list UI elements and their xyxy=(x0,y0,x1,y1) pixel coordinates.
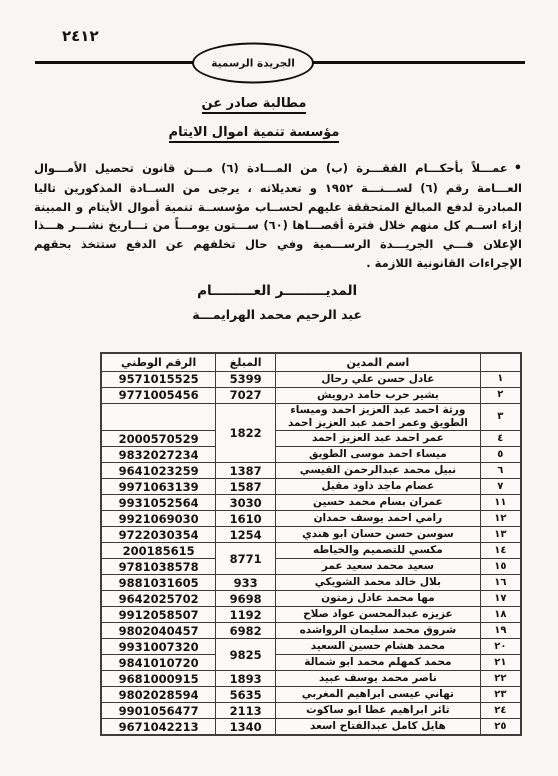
debtor-name-cell: ناصر محمد يوسف عبيد xyxy=(276,671,481,687)
amount-cell: 6982 xyxy=(216,623,276,639)
table-row: ٤عمر احمد عبد العزيز احمد2000570529 xyxy=(101,431,521,447)
row-index-cell: ٢٣ xyxy=(480,687,521,703)
amount-cell: 1254 xyxy=(216,527,276,543)
table-row: ١٦بلال خالد محمد الشويكي9339881031605 xyxy=(101,575,521,591)
notice-body-paragraph: •عمـــلاً بأحكـــام الفقـــرة (ب) من الم… xyxy=(34,158,522,272)
national-id-cell: 9722030354 xyxy=(101,527,216,543)
row-index-cell: ١٧ xyxy=(480,591,521,607)
amount-cell: 5635 xyxy=(216,687,276,703)
notice-title: مطالبة صادر عن xyxy=(202,96,307,114)
row-index-cell: ١١ xyxy=(480,495,521,511)
amount-cell: 3030 xyxy=(216,495,276,511)
amount-cell: 1587 xyxy=(216,479,276,495)
header-debtor-name: اسم المدين xyxy=(276,353,481,372)
row-index-cell: ٦ xyxy=(480,463,521,479)
table-row: ١١عمران بسام محمد حسين30309931052564 xyxy=(101,495,521,511)
national-id-cell: 9641023259 xyxy=(101,463,216,479)
national-id-cell: 9931052564 xyxy=(101,495,216,511)
debtor-name-cell: نبيل محمد عبدالرحمن القيسي xyxy=(276,463,481,479)
debtor-name-cell: محمد كمهلم محمد ابو شمالة xyxy=(276,655,481,671)
signature-block: المديـــــــــر العـــــــــام عبد الرحي… xyxy=(192,283,362,322)
banner-oval: الجريدة الرسمية xyxy=(192,43,314,84)
debtor-name-cell: عادل حسن علي رحال xyxy=(276,372,481,388)
national-id-cell: 9802040457 xyxy=(101,623,216,639)
notice-body-text: عمـــلاً بأحكـــام الفقـــرة (ب) من المـ… xyxy=(34,161,522,270)
gazette-banner: الجريدة الرسمية xyxy=(35,44,525,82)
row-index-cell: ٢٠ xyxy=(480,639,521,655)
table-row: ٦نبيل محمد عبدالرحمن القيسي1387964102325… xyxy=(101,463,521,479)
national-id-cell: 9912058507 xyxy=(101,607,216,623)
national-id-cell: 9832027234 xyxy=(101,447,216,463)
row-index-cell: ٥ xyxy=(480,447,521,463)
row-index-cell: ٢٤ xyxy=(480,703,521,719)
debtor-name-cell: ميساء احمد موسى الطويق xyxy=(276,447,481,463)
table-row: ٧عصام ماجد داود مقبل15879971063139 xyxy=(101,479,521,495)
row-index-cell: ٢ xyxy=(480,388,521,404)
debtor-name-cell: سوسن حسن حسان ابو هندي xyxy=(276,527,481,543)
row-index-cell: ١٢ xyxy=(480,511,521,527)
debtor-name-cell: ورثة احمد عبد العزيز احمد وميساء الطويق … xyxy=(276,404,481,431)
debtor-name-cell: ثائر ابراهيم عطا ابو ساكوت xyxy=(276,703,481,719)
national-id-cell: 9901056477 xyxy=(101,703,216,719)
table-row: ٣ورثة احمد عبد العزيز احمد وميساء الطويق… xyxy=(101,404,521,431)
national-id-cell: 9931007320 xyxy=(101,639,216,655)
debtor-name-cell: بشير حرب حامد درويش xyxy=(276,388,481,404)
row-index-cell: ٣ xyxy=(480,404,521,431)
amount-cell: 7027 xyxy=(216,388,276,404)
table-row: ١٤مكسي للتصميم والخياطه8771200185615 xyxy=(101,543,521,559)
national-id-cell: 9881031605 xyxy=(101,575,216,591)
amount-cell: 9825 xyxy=(216,639,276,671)
national-id-cell: 9781038578 xyxy=(101,559,216,575)
row-index-cell: ١٤ xyxy=(480,543,521,559)
national-id-cell: 9841010720 xyxy=(101,655,216,671)
amount-cell: 1893 xyxy=(216,671,276,687)
table-row: ٥ميساء احمد موسى الطويق9832027234 xyxy=(101,447,521,463)
bullet-icon: • xyxy=(508,161,522,176)
table-row: ١٣سوسن حسن حسان ابو هندي12549722030354 xyxy=(101,527,521,543)
row-index-cell: ٢٢ xyxy=(480,671,521,687)
table-row: ١٨عزيزه عبدالمحسن عواد صلاح1192991205850… xyxy=(101,607,521,623)
amount-cell: 2113 xyxy=(216,703,276,719)
debtor-name-cell: سعيد محمد سعيد عمر xyxy=(276,559,481,575)
row-index-cell: ١ xyxy=(480,372,521,388)
gazette-name-label: الجريدة الرسمية xyxy=(211,57,295,69)
row-index-cell: ١٩ xyxy=(480,623,521,639)
row-index-cell: ١٣ xyxy=(480,527,521,543)
debtor-name-cell: بلال خالد محمد الشويكي xyxy=(276,575,481,591)
national-id-cell: 9571015525 xyxy=(101,372,216,388)
table-row: ١٥سعيد محمد سعيد عمر9781038578 xyxy=(101,559,521,575)
table-row: ٢٥هايل كامل عبدالفتاح اسعد13409671042213 xyxy=(101,719,521,736)
row-index-cell: ١٨ xyxy=(480,607,521,623)
debtor-name-cell: تهاني عيسى ابراهيم المغربي xyxy=(276,687,481,703)
amount-cell: 933 xyxy=(216,575,276,591)
notice-titles: مطالبة صادر عن مؤسسة تنمية اموال الايتام xyxy=(0,92,508,150)
national-id-cell xyxy=(101,404,216,431)
debtor-name-cell: مكسي للتصميم والخياطه xyxy=(276,543,481,559)
national-id-cell: 9802028594 xyxy=(101,687,216,703)
table-header-row: اسم المدين المبلغ الرقم الوطني xyxy=(101,353,521,372)
row-index-cell: ٢٥ xyxy=(480,719,521,736)
debtor-name-cell: هايل كامل عبدالفتاح اسعد xyxy=(276,719,481,736)
debtor-name-cell: عزيزه عبدالمحسن عواد صلاح xyxy=(276,607,481,623)
debtor-name-cell: شروق محمد سليمان الرواشده xyxy=(276,623,481,639)
header-national-id: الرقم الوطني xyxy=(101,353,216,372)
debtor-name-cell: محمد هشام حسين السعيد xyxy=(276,639,481,655)
table-row: ١٩شروق محمد سليمان الرواشده6982980204045… xyxy=(101,623,521,639)
national-id-cell: 2000570529 xyxy=(101,431,216,447)
signature-title: المديـــــــــر العـــــــــام xyxy=(192,283,362,299)
debtor-name-cell: عصام ماجد داود مقبل xyxy=(276,479,481,495)
amount-cell: 1822 xyxy=(216,404,276,463)
national-id-cell: 9971063139 xyxy=(101,479,216,495)
issuing-org-title: مؤسسة تنمية اموال الايتام xyxy=(169,125,340,143)
signature-name: عبد الرحيم محمد الهرايمـــة xyxy=(192,307,362,322)
row-index-cell: ١٥ xyxy=(480,559,521,575)
row-index-cell: ١٦ xyxy=(480,575,521,591)
debtor-name-cell: عمران بسام محمد حسين xyxy=(276,495,481,511)
national-id-cell: 9921069030 xyxy=(101,511,216,527)
amount-cell: 8771 xyxy=(216,543,276,575)
table-row: ٢٣تهاني عيسى ابراهيم المغربي563598020285… xyxy=(101,687,521,703)
table-row: ١٧مها محمد عادل زمتون96989642025702 xyxy=(101,591,521,607)
row-index-cell: ٤ xyxy=(480,431,521,447)
amount-cell: 1610 xyxy=(216,511,276,527)
table-row: ٢٢ناصر محمد يوسف عبيد18939681000915 xyxy=(101,671,521,687)
header-index xyxy=(480,353,521,372)
debtor-name-cell: رامي احمد يوسف حمدان xyxy=(276,511,481,527)
table-row: ٢٤ثائر ابراهيم عطا ابو ساكوت211399010564… xyxy=(101,703,521,719)
amount-cell: 1340 xyxy=(216,719,276,736)
debtor-name-cell: عمر احمد عبد العزيز احمد xyxy=(276,431,481,447)
debtors-table: اسم المدين المبلغ الرقم الوطني ١عادل حسن… xyxy=(100,352,522,736)
header-amount: المبلغ xyxy=(216,353,276,372)
amount-cell: 1192 xyxy=(216,607,276,623)
table-row: ١عادل حسن علي رحال53999571015525 xyxy=(101,372,521,388)
national-id-cell: 9642025702 xyxy=(101,591,216,607)
national-id-cell: 9671042213 xyxy=(101,719,216,736)
table-row: ٢بشير حرب حامد درويش70279771005456 xyxy=(101,388,521,404)
amount-cell: 9698 xyxy=(216,591,276,607)
table-row: ٢١محمد كمهلم محمد ابو شمالة9841010720 xyxy=(101,655,521,671)
table-row: ٢٠محمد هشام حسين السعيد98259931007320 xyxy=(101,639,521,655)
page-number: ٢٤١٢ xyxy=(62,27,99,45)
row-index-cell: ٢١ xyxy=(480,655,521,671)
table-row: ١٢رامي احمد يوسف حمدان16109921069030 xyxy=(101,511,521,527)
national-id-cell: 9771005456 xyxy=(101,388,216,404)
amount-cell: 5399 xyxy=(216,372,276,388)
debtor-name-cell: مها محمد عادل زمتون xyxy=(276,591,481,607)
gazette-page: ٢٤١٢ الجريدة الرسمية مطالبة صادر عن مؤسس… xyxy=(0,0,558,776)
debtors-tbody: ١عادل حسن علي رحال53999571015525٢بشير حر… xyxy=(101,372,521,736)
row-index-cell: ٧ xyxy=(480,479,521,495)
national-id-cell: 9681000915 xyxy=(101,671,216,687)
national-id-cell: 200185615 xyxy=(101,543,216,559)
amount-cell: 1387 xyxy=(216,463,276,479)
